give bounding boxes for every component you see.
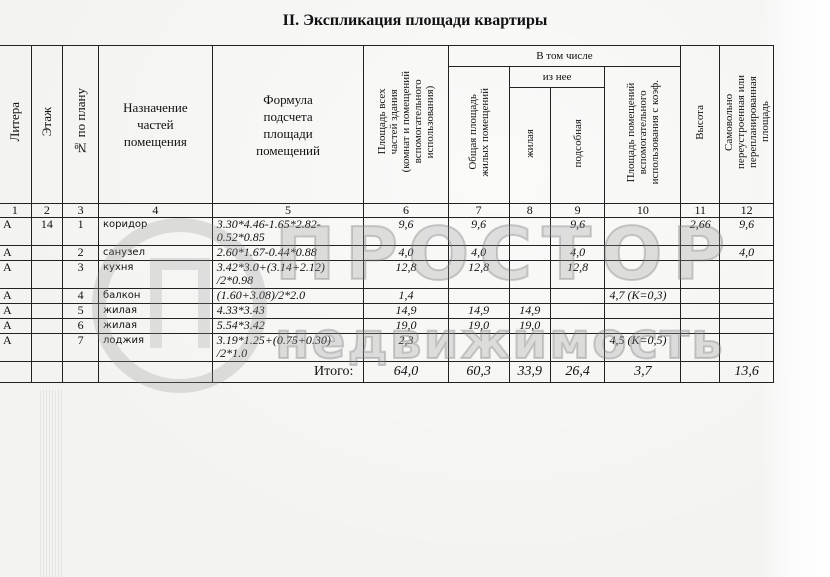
row-unauthorized <box>720 334 774 362</box>
row-room-name: жилая <box>99 304 213 319</box>
column-number: 11 <box>681 204 720 218</box>
row-room-name: коридор <box>99 218 213 246</box>
row-floor <box>31 319 63 334</box>
header-aux-coef: Площадь помещений вспомогательного испол… <box>605 67 681 204</box>
row-living <box>509 289 550 304</box>
row-living: 14,9 <box>509 304 550 319</box>
header-plan-number: № по плану <box>63 46 99 204</box>
row-height <box>681 261 720 289</box>
totals-living: 33,9 <box>509 362 550 383</box>
table-row: А3кухня3.42*3.0+(3.14+2.12) /2*0.9812,81… <box>0 261 774 289</box>
row-total-area: 9,6 <box>364 218 448 246</box>
header-floor: Этаж <box>31 46 63 204</box>
row-auxiliary: 12,8 <box>550 261 605 289</box>
row-room-name: кухня <box>99 261 213 289</box>
row-auxiliary <box>550 334 605 362</box>
row-living <box>509 261 550 289</box>
row-plan-number: 1 <box>63 218 99 246</box>
row-height: 2,66 <box>681 218 720 246</box>
header-height: Высота <box>681 46 720 204</box>
row-total-area: 1,4 <box>364 289 448 304</box>
row-unauthorized: 4,0 <box>720 246 774 261</box>
row-height <box>681 304 720 319</box>
row-litera: А <box>0 261 31 289</box>
row-floor <box>31 304 63 319</box>
row-living-total: 14,9 <box>448 304 509 319</box>
row-living: 19,0 <box>509 319 550 334</box>
row-aux-coef: 4,7 (К=0,3) <box>605 289 681 304</box>
column-number: 12 <box>720 204 774 218</box>
totals-row: Итого: 64,0 60,3 33,9 26,4 3,7 13,6 <box>0 362 774 383</box>
row-living <box>509 334 550 362</box>
row-total-area: 12,8 <box>364 261 448 289</box>
column-number: 10 <box>605 204 681 218</box>
header-row-1: Литера Этаж № по плану Назначение частей… <box>0 46 774 67</box>
row-unauthorized: 9,6 <box>720 218 774 246</box>
row-aux-coef <box>605 218 681 246</box>
header-litera: Литера <box>0 46 31 204</box>
table-row: А141коридор3.30*4.46-1.65*2.82- 0.52*0.8… <box>0 218 774 246</box>
row-formula: 3.42*3.0+(3.14+2.12) /2*0.98 <box>212 261 364 289</box>
row-plan-number: 5 <box>63 304 99 319</box>
table-row: А6жилая5.54*3.4219,019,019,0 <box>0 319 774 334</box>
row-room-name: балкон <box>99 289 213 304</box>
row-plan-number: 2 <box>63 246 99 261</box>
row-formula: 2.60*1.67-0.44*0.88 <box>212 246 364 261</box>
row-auxiliary <box>550 319 605 334</box>
row-total-area: 14,9 <box>364 304 448 319</box>
column-number: 9 <box>550 204 605 218</box>
document-title: II. Экспликация площади квартиры <box>0 12 830 30</box>
row-formula: 3.19*1.25+(0.75+0.30) /2*1.0 <box>212 334 364 362</box>
row-formula: 3.30*4.46-1.65*2.82- 0.52*0.85 <box>212 218 364 246</box>
table-row: А5жилая4.33*3.4314,914,914,9 <box>0 304 774 319</box>
table-row: А7лоджия3.19*1.25+(0.75+0.30) /2*1.02,34… <box>0 334 774 362</box>
row-living-total: 12,8 <box>448 261 509 289</box>
row-floor <box>31 334 63 362</box>
row-floor <box>31 246 63 261</box>
row-plan-number: 3 <box>63 261 99 289</box>
column-number: 4 <box>99 204 213 218</box>
row-plan-number: 6 <box>63 319 99 334</box>
row-living-total: 19,0 <box>448 319 509 334</box>
column-number: 1 <box>0 204 31 218</box>
row-height <box>681 289 720 304</box>
column-numbers-row: 1 2 3 4 5 6 7 8 9 10 11 12 <box>0 204 774 218</box>
row-formula: 4.33*3.43 <box>212 304 364 319</box>
row-auxiliary <box>550 289 605 304</box>
column-number: 5 <box>212 204 364 218</box>
row-unauthorized <box>720 261 774 289</box>
table-row: А2санузел2.60*1.67-0.44*0.884,04,04,04,0 <box>0 246 774 261</box>
row-unauthorized <box>720 289 774 304</box>
header-auxiliary: подсобная <box>550 88 605 204</box>
row-formula: 5.54*3.42 <box>212 319 364 334</box>
row-aux-coef <box>605 319 681 334</box>
column-number: 2 <box>31 204 63 218</box>
totals-total-area: 64,0 <box>364 362 448 383</box>
row-living-total: 9,6 <box>448 218 509 246</box>
row-litera: А <box>0 304 31 319</box>
row-room-name: лоджия <box>99 334 213 362</box>
totals-height <box>681 362 720 383</box>
row-auxiliary: 4,0 <box>550 246 605 261</box>
row-living-total <box>448 334 509 362</box>
row-room-name: жилая <box>99 319 213 334</box>
row-height <box>681 246 720 261</box>
row-living <box>509 218 550 246</box>
header-living: жилая <box>509 88 550 204</box>
row-litera: А <box>0 334 31 362</box>
row-formula: (1.60+3.08)/2*2.0 <box>212 289 364 304</box>
totals-living-total: 60,3 <box>448 362 509 383</box>
table-row: А4балкон(1.60+3.08)/2*2.01,44,7 (К=0,3) <box>0 289 774 304</box>
row-auxiliary <box>550 304 605 319</box>
row-living-total: 4,0 <box>448 246 509 261</box>
column-number: 7 <box>448 204 509 218</box>
row-total-area: 19,0 <box>364 319 448 334</box>
totals-aux-coef: 3,7 <box>605 362 681 383</box>
row-living <box>509 246 550 261</box>
scan-streak <box>40 390 62 577</box>
row-living-total <box>448 289 509 304</box>
header-unauthorized-area: Самовольно переустроенная или перепланир… <box>720 46 774 204</box>
row-floor: 14 <box>31 218 63 246</box>
totals-unauthorized: 13,6 <box>720 362 774 383</box>
row-aux-coef <box>605 246 681 261</box>
column-number: 8 <box>509 204 550 218</box>
column-number: 3 <box>63 204 99 218</box>
header-group-of-which: из нее <box>509 67 605 88</box>
explication-table: Литера Этаж № по плану Назначение частей… <box>0 45 774 383</box>
totals-auxiliary: 26,4 <box>550 362 605 383</box>
row-plan-number: 4 <box>63 289 99 304</box>
table-body: А141коридор3.30*4.46-1.65*2.82- 0.52*0.8… <box>0 218 774 362</box>
row-aux-coef <box>605 304 681 319</box>
row-unauthorized <box>720 304 774 319</box>
column-number: 6 <box>364 204 448 218</box>
row-litera: А <box>0 319 31 334</box>
row-total-area: 4,0 <box>364 246 448 261</box>
header-room-purpose: Назначение частей помещения <box>99 46 213 204</box>
header-living-total: Общая площадь жилых помещений <box>448 67 509 204</box>
row-height <box>681 319 720 334</box>
row-aux-coef <box>605 261 681 289</box>
header-total-area: Площадь всех частей здания (комнат и пом… <box>364 46 448 204</box>
row-height <box>681 334 720 362</box>
row-aux-coef: 4,5 (К=0,5) <box>605 334 681 362</box>
row-floor <box>31 261 63 289</box>
header-group-in-total: В том числе <box>448 46 681 67</box>
header-formula: Формула подсчета площади помещений <box>212 46 364 204</box>
row-litera: А <box>0 246 31 261</box>
row-room-name: санузел <box>99 246 213 261</box>
row-unauthorized <box>720 319 774 334</box>
row-floor <box>31 289 63 304</box>
row-litera: А <box>0 218 31 246</box>
row-plan-number: 7 <box>63 334 99 362</box>
row-auxiliary: 9,6 <box>550 218 605 246</box>
row-total-area: 2,3 <box>364 334 448 362</box>
row-litera: А <box>0 289 31 304</box>
totals-label: Итого: <box>212 362 364 383</box>
